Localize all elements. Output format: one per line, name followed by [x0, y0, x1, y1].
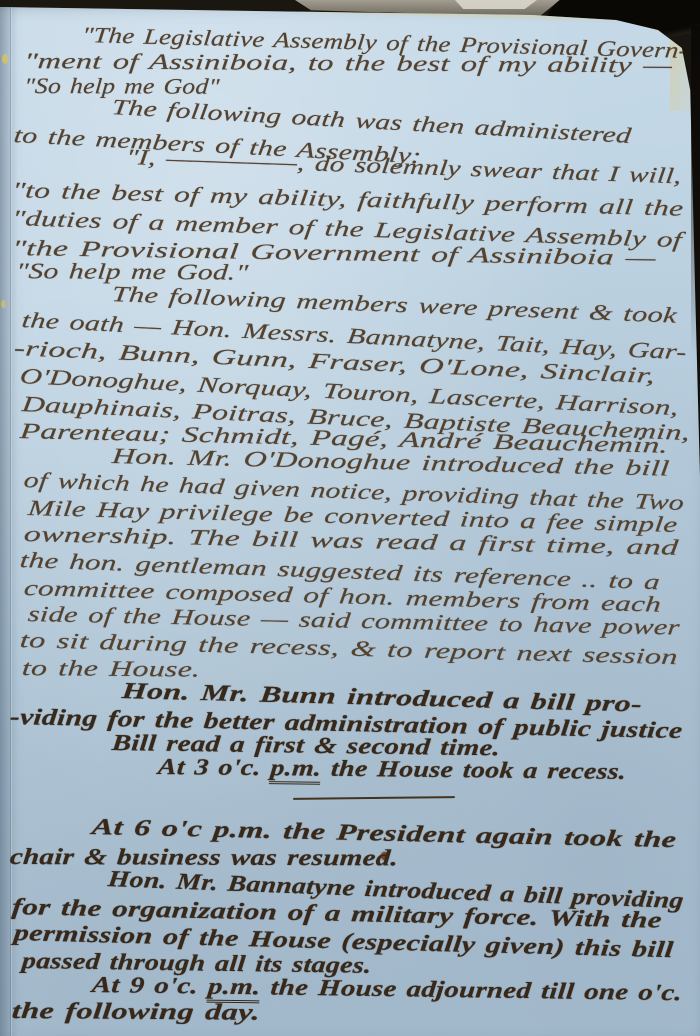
- adjacent-page-highlight: [455, 0, 537, 9]
- underlined-pm: p.m.: [269, 755, 322, 785]
- manuscript-line-10: "So help me God.": [15, 260, 249, 284]
- section-divider-rule: [293, 796, 455, 800]
- manuscript-line-29: At 3 o'c. p.m. the House took a recess.: [157, 755, 627, 783]
- page-right-edge-shadow: [691, 26, 700, 356]
- photo-frame: "The Legislative Assembly of the Provisi…: [0, 0, 700, 1036]
- manuscript-line-25: to the House.: [21, 657, 201, 681]
- manuscript-text-layer: "The Legislative Assembly of the Provisi…: [0, 0, 700, 1036]
- manuscript-line-31: chair & business was resumed.: [9, 845, 399, 869]
- manuscript-line-37: the following day.: [11, 999, 261, 1024]
- manuscript-page: "The Legislative Assembly of the Provisi…: [0, 0, 700, 1036]
